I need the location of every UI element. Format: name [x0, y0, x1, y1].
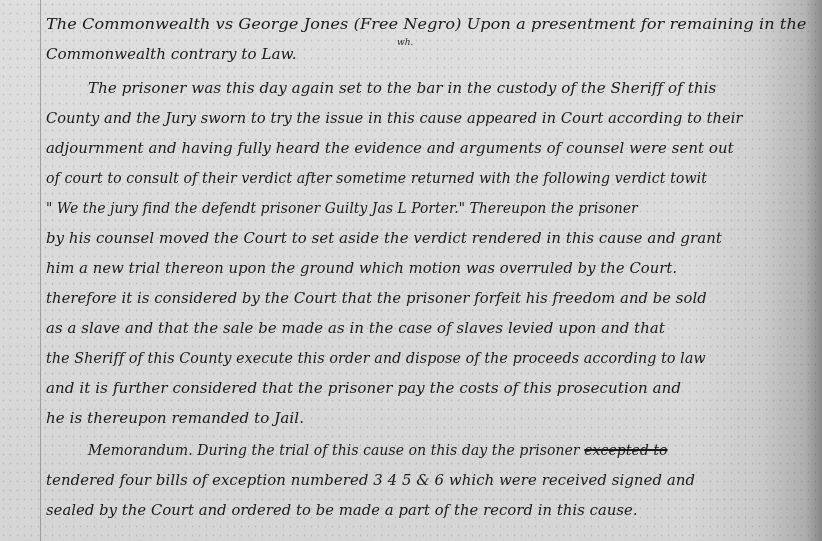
struck-out-text: excepted to: [584, 441, 667, 459]
margin-rule: [40, 0, 41, 541]
verdict-line: " We the jury find the defendt prisoner …: [46, 198, 638, 218]
manuscript-page: The Commonwealth vs George Jones (Free N…: [0, 0, 822, 541]
interlinear-insertion: wh.: [397, 38, 413, 48]
record-line-3: The prisoner was this day again set to t…: [88, 78, 716, 98]
judgment-line-5: he is thereupon remanded to Jail.: [46, 408, 304, 428]
judgment-line-3: the Sheriff of this County execute this …: [46, 348, 706, 368]
case-caption-line-2: Commonwealth contrary to Law.: [46, 44, 297, 64]
case-caption-line-1: The Commonwealth vs George Jones (Free N…: [46, 14, 807, 34]
memorandum-line-3: sealed by the Court and ordered to be ma…: [46, 500, 638, 520]
record-line-6: of court to consult of their verdict aft…: [46, 168, 707, 188]
judgment-line-2: as a slave and that the sale be made as …: [46, 318, 665, 338]
record-line-9: him a new trial thereon upon the ground …: [46, 258, 677, 278]
memorandum-line-1: Memorandum. During the trial of this cau…: [88, 440, 668, 460]
memorandum-text: Memorandum. During the trial of this cau…: [88, 441, 580, 459]
record-line-4: County and the Jury sworn to try the iss…: [46, 108, 743, 128]
record-line-5: adjournment and having fully heard the e…: [46, 138, 734, 158]
judgment-line-4: and it is further considered that the pr…: [46, 378, 681, 398]
record-line-8: by his counsel moved the Court to set as…: [46, 228, 722, 248]
memorandum-line-2: tendered four bills of exception numbere…: [46, 470, 695, 490]
judgment-line-1: therefore it is considered by the Court …: [46, 288, 707, 308]
